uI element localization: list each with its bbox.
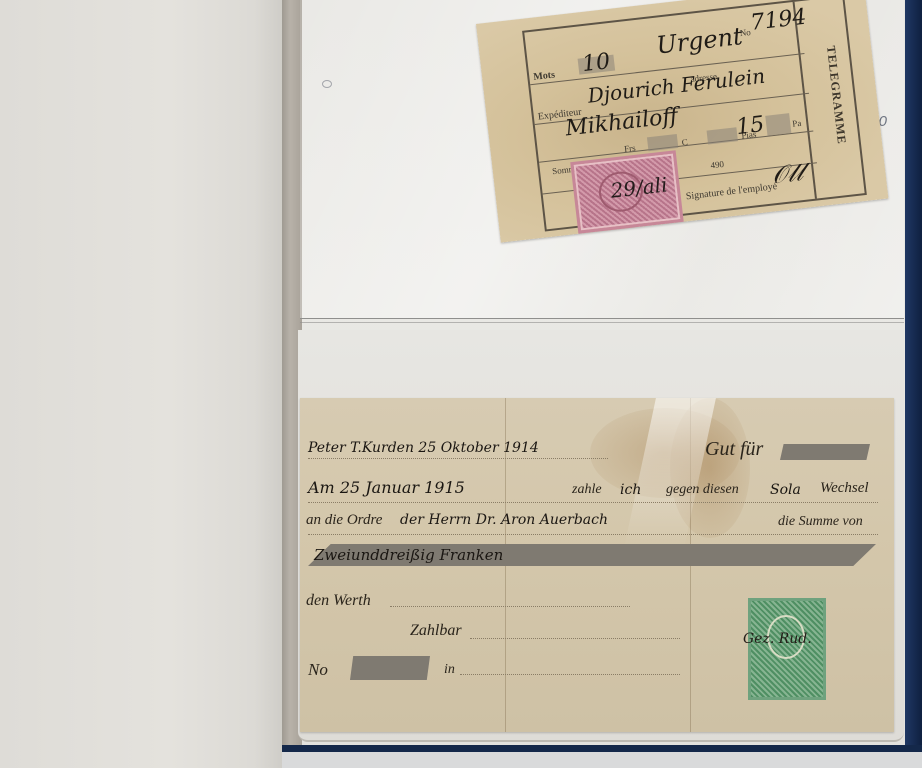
sleeve-divider: [300, 318, 904, 319]
dotted-line: [390, 606, 630, 607]
dotted-line: [308, 502, 878, 503]
telegram-title: TELEGRAMME: [823, 45, 849, 145]
dotted-line: [460, 674, 680, 675]
label-gegen: gegen diesen: [666, 482, 739, 498]
label-in: in: [444, 662, 455, 678]
label-werth: den Werth: [306, 592, 371, 610]
left-blank-page: [0, 0, 282, 768]
album-cover-edge: [905, 0, 922, 745]
dotted-line: [470, 638, 680, 639]
form-box: [647, 134, 678, 151]
handwritten-amount: 15: [735, 112, 766, 140]
handwritten-urgent: Urgent: [655, 22, 744, 60]
handwritten-ich: ich: [620, 482, 641, 498]
label-wechsel: Wechsel: [820, 480, 869, 497]
handwritten-pay-date: Am 25 Januar 1915: [308, 478, 465, 497]
handwritten-amount-words: Zweiunddreißig Franken: [314, 546, 503, 564]
label-zahle: zahle: [572, 482, 602, 498]
form-box: [707, 127, 738, 144]
serial-number: 490: [710, 159, 725, 170]
number-ribbon: [350, 656, 430, 680]
green-revenue-stamp: Gez. Rud.: [748, 598, 826, 700]
sleeve-divider: [300, 322, 904, 323]
amount-ribbon: [780, 444, 870, 460]
form-box: [765, 113, 791, 136]
stamp-cancel-mark: 29/ali: [609, 172, 668, 202]
label-ordre: an die Ordre: [306, 512, 382, 529]
label-no: No: [308, 660, 328, 680]
dotted-line: [308, 458, 608, 459]
handwritten-signature: 𝒪𝓁𝓁: [770, 158, 804, 189]
handwritten-word-count: 10: [581, 49, 612, 77]
handwritten-sola: Sola: [770, 482, 801, 498]
pink-revenue-stamp: 29/ali: [570, 150, 683, 234]
label-frs: Frs: [624, 143, 637, 154]
handwritten-payee: der Herrn Dr. Aron Auerbach: [400, 512, 608, 528]
label-pa: Pa: [792, 118, 802, 129]
bill-of-exchange: Peter T.Kurden 25 Oktober 1914 Gut für A…: [300, 398, 894, 732]
label-zahlbar: Zahlbar: [410, 622, 462, 640]
dotted-line: [308, 534, 878, 535]
stamp-signature: Gez. Rud.: [743, 631, 812, 647]
label-c: C: [681, 137, 688, 148]
handwritten-place-date: Peter T.Kurden 25 Oktober 1914: [308, 440, 539, 456]
label-signature: Signature de l'employé: [685, 181, 777, 202]
label-summe: die Summe von: [778, 514, 863, 530]
album-photo: 310 TELEGRAMME Mots Expéditeur adresse S…: [0, 0, 922, 768]
label-gut-fur: Gut für: [705, 438, 763, 461]
